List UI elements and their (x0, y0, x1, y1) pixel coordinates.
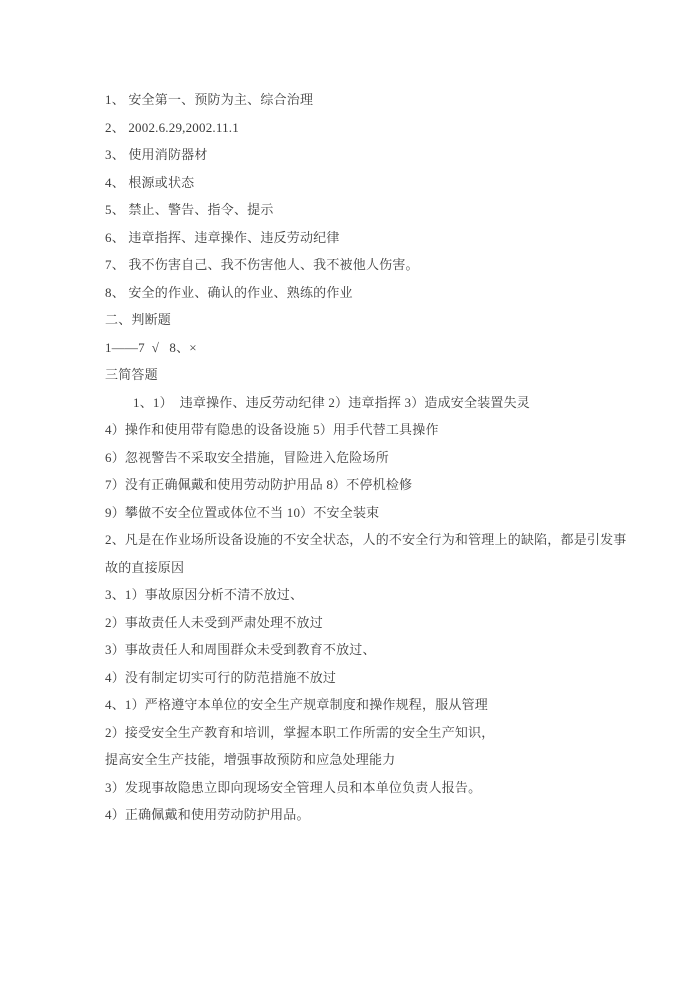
document-line: 2、 2002.6.29,2002.11.1 (105, 114, 640, 142)
judgment-answers-line: 1——7 √ 8、× (105, 334, 640, 362)
document-line: 7）没有正确佩戴和使用劳动防护用品 8）不停机检修 (105, 471, 640, 499)
document-line: 4）正确佩戴和使用劳动防护用品。 (105, 801, 640, 829)
document-page: 1、 安全第一、预防为主、综合治理 2、 2002.6.29,2002.11.1… (0, 0, 700, 990)
document-line: 6）忽视警告不采取安全措施，冒险进入危险场所 (105, 444, 640, 472)
section-heading: 三简答题 (105, 361, 640, 389)
document-line: 提高安全生产技能，增强事故预防和应急处理能力 (105, 746, 640, 774)
document-line: 3、1）事故原因分析不清不放过、 (105, 581, 640, 609)
section-heading: 二、判断题 (105, 306, 640, 334)
document-line: 3）事故责任人和周围群众未受到教育不放过、 (105, 636, 640, 664)
document-line: 4）没有制定切实可行的防范措施不放过 (105, 664, 640, 692)
document-line: 2、凡是在作业场所设备设施的不安全状态，人的不安全行为和管理上的缺陷，都是引发事 (105, 526, 640, 554)
document-line: 5、 禁止、警告、指令、提示 (105, 196, 640, 224)
document-line: 3）发现事故隐患立即向现场安全管理人员和本单位负责人报告。 (105, 774, 640, 802)
document-line: 3、 使用消防器材 (105, 141, 640, 169)
document-line: 6、 违章指挥、违章操作、违反劳动纪律 (105, 224, 640, 252)
document-line: 2）接受安全生产教育和培训，掌握本职工作所需的安全生产知识， (105, 719, 640, 747)
document-line: 4）操作和使用带有隐患的设备设施 5）用手代替工具操作 (105, 416, 640, 444)
document-line: 1、 安全第一、预防为主、综合治理 (105, 86, 640, 114)
document-line: 8、 安全的作业、确认的作业、熟练的作业 (105, 279, 640, 307)
document-line: 9）攀做不安全位置或体位不当 10）不安全装束 (105, 499, 640, 527)
document-line: 1、1） 违章操作、违反劳动纪律 2）违章指挥 3）造成安全装置失灵 (105, 389, 640, 417)
document-line: 故的直接原因 (105, 554, 640, 582)
document-line: 2）事故责任人未受到严肃处理不放过 (105, 609, 640, 637)
document-line: 4、 根源或状态 (105, 169, 640, 197)
document-line: 7、 我不伤害自己、我不伤害他人、我不被他人伤害。 (105, 251, 640, 279)
document-line: 4、1）严格遵守本单位的安全生产规章制度和操作规程，服从管理 (105, 691, 640, 719)
